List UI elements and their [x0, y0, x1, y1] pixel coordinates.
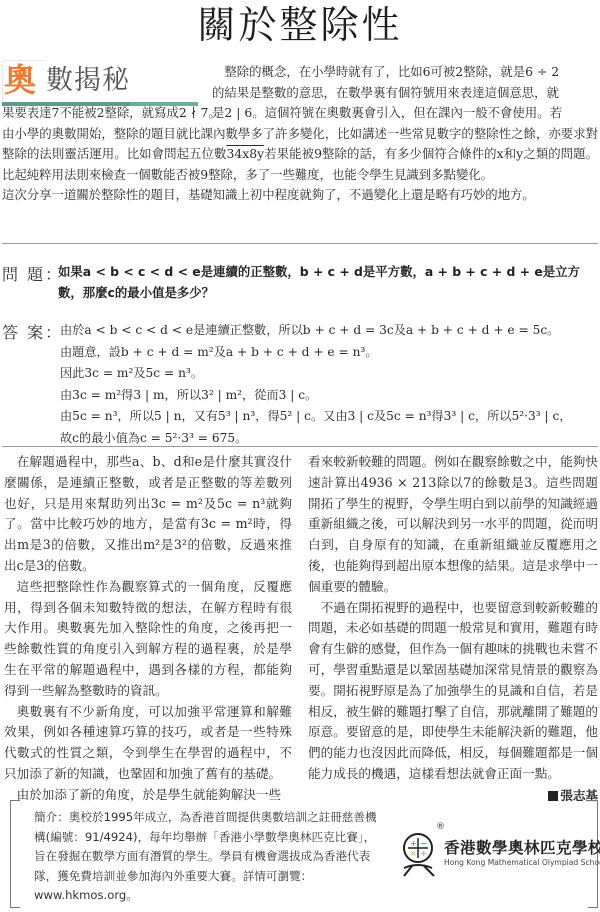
question-text: 如果a < b < c < d < e是連續的正整數，b + c + d是平方數… [58, 262, 596, 303]
school-name-english: Hong Kong Mathematical Olympiad School [444, 858, 600, 867]
svg-text:+: + [410, 839, 417, 848]
svg-text:×: × [410, 849, 417, 858]
school-logo: + − × ÷ ® 香港數學奧林匹克學校 Hong Kong Mathemati… [400, 822, 596, 882]
school-name-chinese: 香港數學奧林匹克學校 [444, 836, 600, 858]
question-label: 問 題： [2, 262, 63, 285]
body-column-left: 在解題過程中，那些a、b、d和e是什麼其實沒什麼關係，是連續正整數，或者是正整數… [4, 452, 292, 806]
school-emblem-icon: + − × ÷ [400, 828, 444, 878]
answer-text: 由於a < b < c < d < e是連續正整數，所以b + c + d = … [60, 320, 598, 449]
logo-text: 數揭秘 [46, 64, 130, 98]
logo-highlight-char: 奧 [4, 62, 36, 98]
five-digit-number: 34x8y [226, 146, 264, 161]
intro-paragraph-full: 果要表達7不能被2整除，就寫成2 ∤ 7。 由小學的奧數開始，整除的題目就比課內… [2, 103, 598, 206]
body-column-right: 看來較新較難的問題。例如在觀察餘數之中，能夠快速計算出4936 × 213除以7… [308, 452, 598, 804]
school-intro-text: 簡介：奧校於1995年成立，為香港首間提供奧數培訓之註冊慈善機構(編號：91/4… [34, 808, 386, 906]
answer-line: 由於a < b < c < d < e是連續正整數，所以b + c + d = … [60, 320, 598, 342]
svg-text:÷: ÷ [420, 849, 427, 858]
answer-line: 由5c = n³，所以5 | n，又有5³ | n³，得5² | c。又由3 |… [60, 406, 598, 428]
intro-para-3: 這次分享一道關於整除性的題目，基礎知識上初中程度就夠了，不過變化上還是略有巧妙的… [2, 185, 598, 206]
intro-line: 果要表達7不能被2整除，就寫成2 ∤ 7。 [2, 103, 598, 124]
bracket-left [10, 800, 20, 908]
answer-line: 由題意，設b + c + d = m²及a + b + c + d + e = … [60, 342, 598, 364]
school-info-box: 簡介：奧校於1995年成立，為香港首間提供奧數培訓之註冊慈善機構(編號：91/4… [10, 800, 598, 910]
intro-line: 的結果是整數的意思，在數學裏有個符號用來表達這個意思，就 [212, 83, 598, 104]
body-paragraph: 奧數裏有不少新角度，可以加強平常運算和解難效果，例如各種速算巧算的技巧，或者是一… [4, 702, 292, 785]
body-paragraph: 這些把整除性作為觀察算式的一個角度，反覆應用，得到各個未知數特徵的想法，在解方程… [4, 577, 292, 702]
svg-text:−: − [420, 839, 427, 848]
registered-mark: ® [436, 822, 445, 832]
divider [2, 446, 598, 447]
intro-line: 整除的概念，在小學時就有了，比如6可被2整除，就是6 ÷ 2 [212, 62, 598, 83]
body-paragraph: 在解題過程中，那些a、b、d和e是什麼其實沒什麼關係，是連續正整數，或者是正整數… [4, 452, 292, 577]
answer-line: 由3c = m²得3 | m，所以3² | m²，從而3 | c。 [60, 385, 598, 407]
intro-para-2: 由小學的奧數開始，整除的題目就比課內數學多了許多變化，比如講述一些常見數字的整除… [2, 124, 598, 186]
article-title: 關於整除性 [0, 2, 600, 48]
body-paragraph: 不過在開拓視野的過程中，也要留意到較新較難的問題，未必如基礎的問題一般常見和實用… [308, 598, 598, 785]
divider [2, 243, 598, 244]
answer-label: 答 案： [2, 320, 63, 343]
answer-line: 因此3c = m²及5c = n³。 [60, 363, 598, 385]
body-paragraph: 看來較新較難的問題。例如在觀察餘數之中，能夠快速計算出4936 × 213除以7… [308, 452, 598, 598]
